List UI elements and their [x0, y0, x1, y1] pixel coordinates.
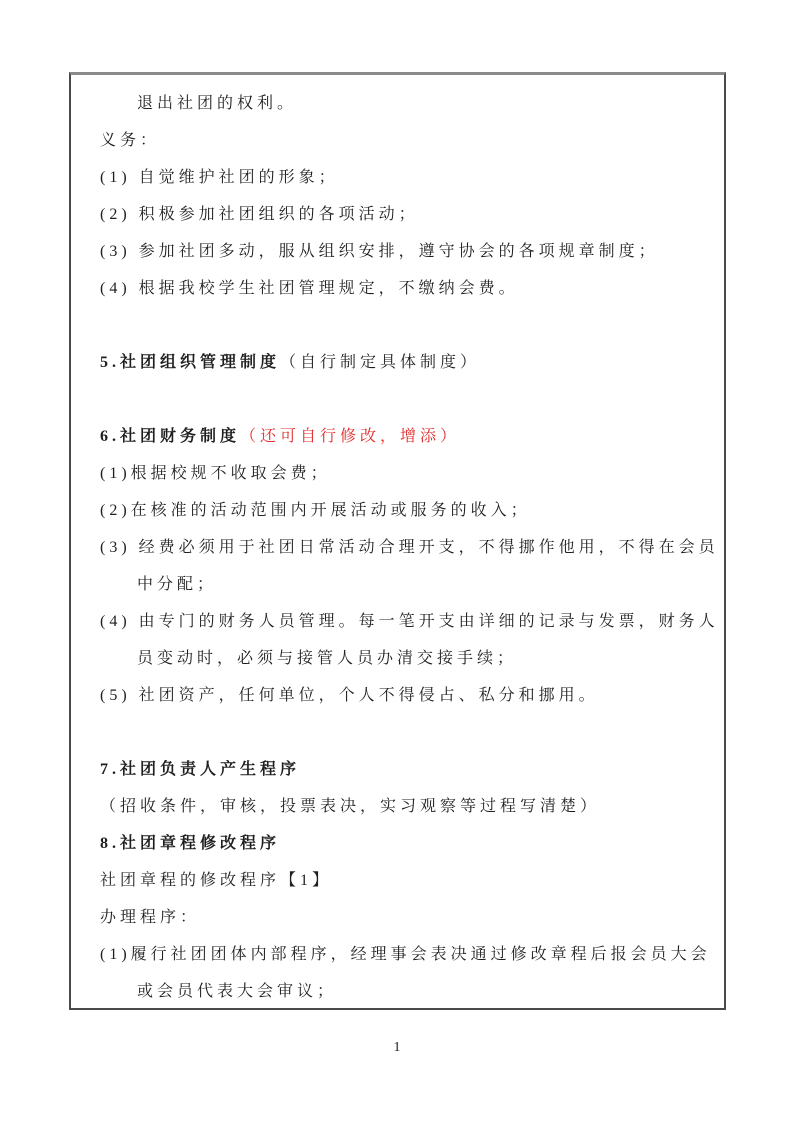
text-run-normal: 办理程序：	[100, 909, 200, 926]
text-line: (3) 参加社团多动，服从组织安排，遵守协会的各项规章制度；	[100, 233, 712, 270]
text-line: 5.社团组织管理制度（自行制定具体制度）	[100, 344, 712, 381]
text-line: (3) 经费必须用于社团日常活动合理开支，不得挪作他用，不得在会员	[100, 529, 712, 566]
text-run-normal: (1)根据校规不收取会费；	[100, 465, 331, 482]
text-run-bold: 8.社团章程修改程序	[100, 835, 280, 852]
text-run-normal: (2)在核准的活动范围内开展活动或服务的收入；	[100, 502, 531, 519]
text-line: 7.社团负责人产生程序	[100, 751, 712, 788]
document-text-lines: 退出社团的权利。义务：(1) 自觉维护社团的形象；(2) 积极参加社团组织的各项…	[100, 85, 712, 1010]
text-line: (1) 自觉维护社团的形象；	[100, 159, 712, 196]
text-run-normal: (5) 社团资产，任何单位，个人不得侵占、私分和挪用。	[100, 687, 599, 704]
text-run-normal: 中分配；	[137, 576, 217, 593]
text-line: 员变动时，必须与接管人员办清交接手续；	[100, 640, 712, 677]
text-run-normal: (4) 根据我校学生社团管理规定，不缴纳会费。	[100, 280, 519, 297]
text-line: 义务：	[100, 122, 712, 159]
blank-line	[100, 714, 712, 751]
text-line: 或会员代表大会审议；	[100, 973, 712, 1010]
text-run-bold: 5.社团组织管理制度	[100, 354, 280, 371]
text-line: （招收条件，审核，投票表决，实习观察等过程写清楚）	[100, 788, 712, 825]
text-line: (5) 社团资产，任何单位，个人不得侵占、私分和挪用。	[100, 677, 712, 714]
page-number: 1	[0, 1036, 794, 1060]
text-line: 退出社团的权利。	[100, 85, 712, 122]
text-run-normal: (2) 积极参加社团组织的各项活动；	[100, 206, 419, 223]
text-run-normal: (3) 参加社团多动，服从组织安排，遵守协会的各项规章制度；	[100, 243, 659, 260]
text-run-normal: 退出社团的权利。	[137, 95, 297, 112]
text-run-normal: (4) 由专门的财务人员管理。每一笔开支由详细的记录与发票，财务人	[100, 613, 719, 630]
text-line: 办理程序：	[100, 899, 712, 936]
text-line: 社团章程的修改程序【1】	[100, 862, 712, 899]
text-line: (2)在核准的活动范围内开展活动或服务的收入；	[100, 492, 712, 529]
text-run-normal: (1) 自觉维护社团的形象；	[100, 169, 339, 186]
text-line: 6.社团财务制度（还可自行修改，增添）	[100, 418, 712, 455]
text-line: (2) 积极参加社团组织的各项活动；	[100, 196, 712, 233]
text-run-bold: 7.社团负责人产生程序	[100, 761, 300, 778]
content-border-box: 退出社团的权利。义务：(1) 自觉维护社团的形象；(2) 积极参加社团组织的各项…	[69, 72, 726, 1010]
text-line: (4) 由专门的财务人员管理。每一笔开支由详细的记录与发票，财务人	[100, 603, 712, 640]
text-line: 中分配；	[100, 566, 712, 603]
blank-line	[100, 381, 712, 418]
text-run-normal: （招收条件，审核，投票表决，实习观察等过程写清楚）	[100, 798, 600, 815]
text-line: (1)履行社团团体内部程序，经理事会表决通过修改章程后报会员大会	[100, 936, 712, 973]
document-page: 退出社团的权利。义务：(1) 自觉维护社团的形象；(2) 积极参加社团组织的各项…	[0, 0, 794, 1122]
text-run-bold: 6.社团财务制度	[100, 428, 240, 445]
text-line: 8.社团章程修改程序	[100, 825, 712, 862]
text-line: (4) 根据我校学生社团管理规定，不缴纳会费。	[100, 270, 712, 307]
text-run-normal: (1)履行社团团体内部程序，经理事会表决通过修改章程后报会员大会	[100, 946, 711, 963]
text-run-normal: 或会员代表大会审议；	[137, 983, 337, 1000]
text-run-normal: (3) 经费必须用于社团日常活动合理开支，不得挪作他用，不得在会员	[100, 539, 719, 556]
text-run-normal: 社团章程的修改程序【1】	[100, 872, 332, 889]
text-run-normal: 员变动时，必须与接管人员办清交接手续；	[137, 650, 517, 667]
text-run-normal: 义务：	[100, 132, 160, 149]
text-run-red: （还可自行修改，增添）	[240, 428, 460, 445]
text-run-normal: （自行制定具体制度）	[280, 354, 480, 371]
blank-line	[100, 307, 712, 344]
text-line: (1)根据校规不收取会费；	[100, 455, 712, 492]
